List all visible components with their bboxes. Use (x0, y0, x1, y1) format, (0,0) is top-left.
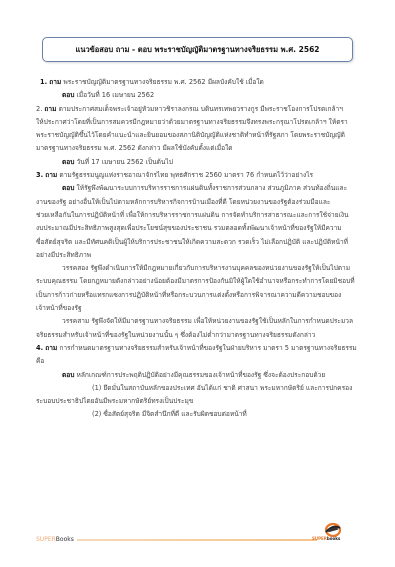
answer-3-line: ซื่อสัตย์สุจริต และมีทัศนคติเป็นผู้ให้บร… (36, 236, 362, 249)
question-4-line: คือ (36, 355, 362, 368)
question-2-line: ให้ประกาศว่าโดยที่เป็นการสมควรมีกฎหมายว่… (36, 116, 362, 129)
paragraph-2: วรรคสอง รัฐพึงดำเนินการให้มีกฎหมายเกี่ยว… (36, 262, 362, 275)
question-4: 4. ถาม การกำหนดมาตรฐานทางจริยธรรมสำหรับเ… (36, 342, 362, 355)
qa-content: 1. ถาม พระราชบัญญัติมาตรฐานทางจริยธรรม พ… (36, 76, 362, 422)
footer-brand: SUPERBooks (36, 536, 74, 543)
footer-divider (77, 539, 317, 541)
answer-2: ตอบ วันที่ 17 เมษายน 2562 เป็นต้นไป (36, 156, 362, 169)
superbooks-logo-icon (313, 520, 353, 546)
question-2-line: พระราชบัญญัติขึ้นไว้โดยคำแนะนำและยินยอมข… (36, 129, 362, 142)
paragraph-2-line: ระบบคุณธรรม โดยกฎหมายดังกล่าวอย่างน้อยต้… (36, 275, 362, 288)
question-2: 2. ถาม ตามประกาศสมเด็จพระเจ้าอยู่หัวมหาว… (36, 103, 362, 116)
paragraph-2-line: เป็นการก้าวก่ายหรือแทรกแซงการปฏิบัติหน้า… (36, 289, 362, 302)
title-box: แนวข้อสอบ ถาม - ตอบ พระราชบัญญัติมาตรฐาน… (42, 37, 353, 62)
answer-4-item: (2) ซื่อสัตย์สุจริต มีจิตสำนึกที่ดี และร… (36, 408, 362, 421)
question-3: 3. ถาม ตามรัฐธรรมนูญแห่งราชอาณาจักรไทย พ… (36, 169, 362, 182)
answer-3: ตอบ ให้รัฐพึงพัฒนาระบบการบริหารราชการแผ่… (36, 182, 362, 195)
page-title: แนวข้อสอบ ถาม - ตอบ พระราชบัญญัติมาตรฐาน… (75, 44, 319, 56)
answer-4-item: (1) ยึดมั่นในสถาบันหลักของประเทศ อันได้แ… (36, 382, 362, 395)
paragraph-2-line: เจ้าหน้าที่ของรัฐ (36, 302, 362, 315)
answer-3-line: อย่างมีประสิทธิภาพ (36, 249, 362, 262)
question-1: 1. ถาม พระราชบัญญัติมาตรฐานทางจริยธรรม พ… (36, 76, 362, 89)
question-2-line: มาตรฐานทางจริยธรรม พ.ศ. 2562 ดังกล่าว มี… (36, 142, 362, 155)
answer-3-line: ช่วยเหลือกันในการปฏิบัติหน้าที่ เพื่อให้… (36, 209, 362, 222)
answer-1: ตอบ เมื่อวันที่ 16 เมษายน 2562 (36, 89, 362, 102)
answer-3-line: งบประมาณมีประสิทธิภาพสูงสุดเพื่อประโยชน์… (36, 222, 362, 235)
answer-3-line: งานของรัฐ อย่างอื่นให้เป็นไปตามหลักการบร… (36, 196, 362, 209)
answer-4: ตอบ หลักเกณฑ์การประพฤติปฏิบัติอย่างมีคุณ… (36, 369, 362, 382)
logo-text: SUPERbooks (312, 536, 340, 541)
answer-4-item-line: ระบอบประชาธิปไตยอันมีพระมหากษัตริย์ทรงเป… (36, 395, 362, 408)
paragraph-3-line: จริยธรรมสำหรับเจ้าหน้าที่ของรัฐในหน่วยงา… (36, 329, 362, 342)
paragraph-3: วรรคสาม รัฐพึงจัดให้มีมาตรฐานทางจริยธรรม… (36, 315, 362, 328)
